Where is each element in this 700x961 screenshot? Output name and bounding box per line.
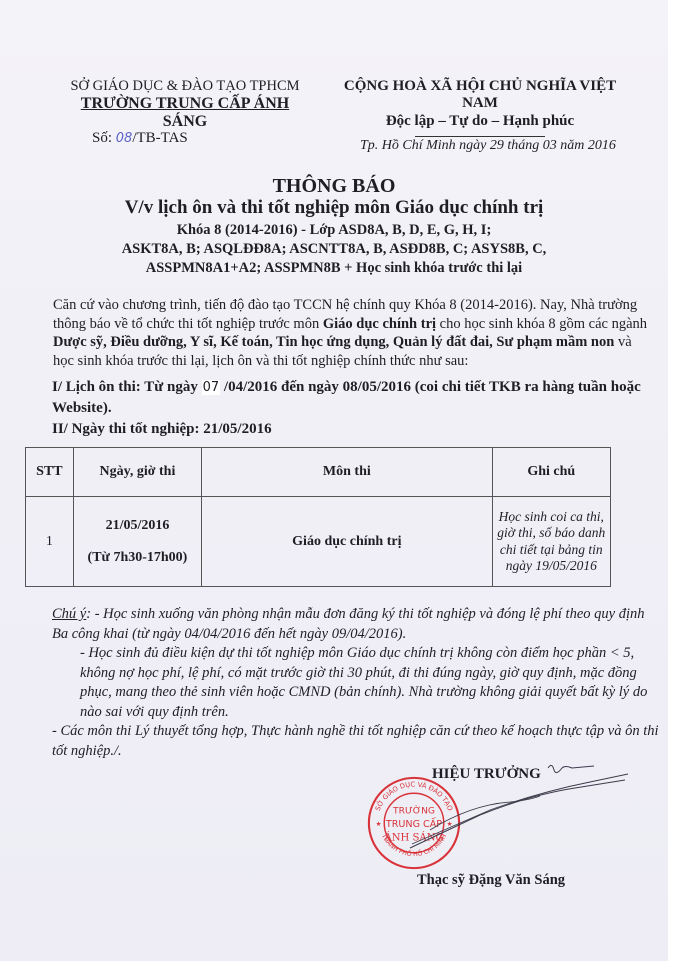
notes-section: Chú ý: - Học sinh xuống văn phòng nhận m… xyxy=(52,605,662,761)
table-row: 1 21/05/2016 (Từ 7h30-17h00) Giáo dục ch… xyxy=(26,497,611,587)
header-stt: STT xyxy=(26,448,74,497)
header-subject: Môn thi xyxy=(202,448,492,497)
document-number: Số: 08/TB-TAS xyxy=(92,130,188,147)
handwritten-signature-icon xyxy=(400,760,630,860)
department-name: SỞ GIÁO DỤC & ĐÀO TẠO TPHCM xyxy=(60,78,310,95)
header-left: SỞ GIÁO DỤC & ĐÀO TẠO TPHCM TRƯỜNG TRUNG… xyxy=(60,78,310,131)
exam-schedule-table: STT Ngày, giờ thi Môn thi Ghi chú 1 21/0… xyxy=(25,447,611,587)
start-day-highlight: 07 xyxy=(202,380,221,395)
document-subject: V/v lịch ôn và thi tốt nghiệp môn Giáo d… xyxy=(0,197,668,219)
table-header-row: STT Ngày, giờ thi Môn thi Ghi chú xyxy=(26,448,611,497)
cell-stt: 1 xyxy=(26,497,74,587)
class-list: Khóa 8 (2014-2016) - Lớp ASD8A, B, D, E,… xyxy=(0,221,668,278)
school-name: TRƯỜNG TRUNG CẤP ÁNH SÁNG xyxy=(60,95,310,131)
document-page: SỞ GIÁO DỤC & ĐÀO TẠO TPHCM TRƯỜNG TRUNG… xyxy=(0,0,668,961)
cell-subject: Giáo dục chính trị xyxy=(202,497,492,587)
signer-name: Thạc sỹ Đặng Văn Sáng xyxy=(417,872,565,889)
dateline: Tp. Hồ Chí Minh ngày 29 tháng 03 năm 201… xyxy=(360,138,616,154)
note-1: Chú ý: - Học sinh xuống văn phòng nhận m… xyxy=(52,605,662,644)
handwritten-number: 08 xyxy=(116,131,133,146)
header-right: CỘNG HOÀ XÃ HỘI CHỦ NGHĨA VIỆT NAM Độc l… xyxy=(330,78,630,137)
exam-date-heading: II/ Ngày thi tốt nghiệp: 21/05/2016 xyxy=(52,421,272,438)
cell-note: Học sinh coi ca thi, giờ thi, số báo dan… xyxy=(492,497,610,587)
national-motto: Độc lập – Tự do – Hạnh phúc xyxy=(330,112,630,130)
document-title: THÔNG BÁO xyxy=(0,175,668,198)
header-date: Ngày, giờ thi xyxy=(73,448,201,497)
intro-paragraph: Căn cứ vào chương trình, tiến độ đào tạo… xyxy=(53,296,653,370)
review-schedule: I/ Lịch ôn thi: Từ ngày 07 /04/2016 đến … xyxy=(52,377,662,419)
header-note: Ghi chú xyxy=(492,448,610,497)
note-2: - Học sinh đủ điều kiện dự thi tốt nghiệ… xyxy=(52,644,662,722)
svg-text:★: ★ xyxy=(376,820,382,828)
motto-underline xyxy=(415,136,545,137)
cell-date: 21/05/2016 (Từ 7h30-17h00) xyxy=(73,497,201,587)
country-name: CỘNG HOÀ XÃ HỘI CHỦ NGHĨA VIỆT NAM xyxy=(330,78,630,112)
note-3: - Các môn thi Lý thuyết tổng hợp, Thực h… xyxy=(52,722,662,761)
